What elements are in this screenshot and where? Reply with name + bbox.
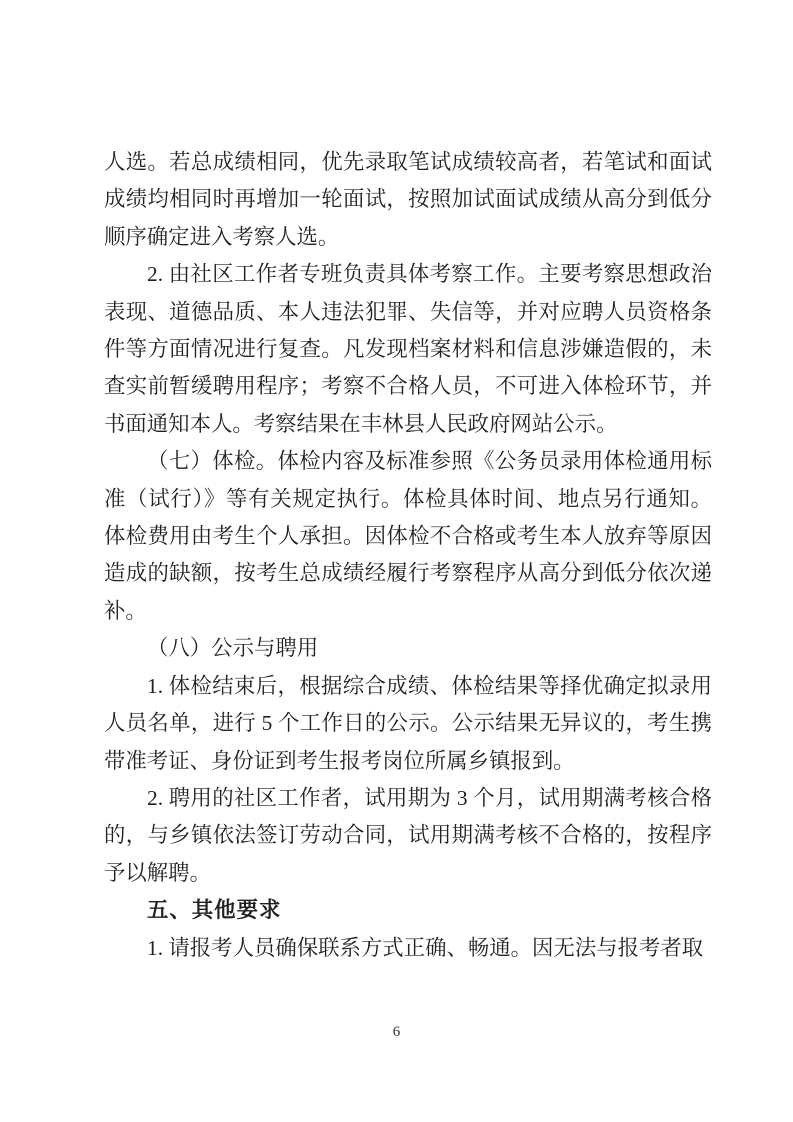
paragraph-inspection-item-2: 2. 由社区工作者专班负责具体考察工作。主要考察思想政治表现、道德品质、本人违法… xyxy=(104,256,712,443)
paragraph-publicity-item-1: 1. 体检结束后，根据综合成绩、体检结果等择优确定拟录用人员名单，进行 5 个工… xyxy=(104,668,712,780)
section-heading-5-other-requirements: 五、其他要求 xyxy=(104,892,712,929)
paragraph-other-requirements-item-1: 1. 请报考人员确保联系方式正确、畅通。因无法与报考者取 xyxy=(104,930,712,967)
paragraph-employment-item-2: 2. 聘用的社区工作者，试用期为 3 个月，试用期满考核合格的，与乡镇依法签订劳… xyxy=(104,780,712,892)
paragraph-selection-rule-continuation: 人选。若总成绩相同，优先录取笔试成绩较高者，若笔试和面试成绩均相同时再增加一轮面… xyxy=(104,144,712,256)
page-number: 6 xyxy=(0,1022,793,1042)
paragraph-section-7-physical-exam: （七）体检。体检内容及标准参照《公务员录用体检通用标准（试行）》等有关规定执行。… xyxy=(104,443,712,630)
document-body: 人选。若总成绩相同，优先录取笔试成绩较高者，若笔试和面试成绩均相同时再增加一轮面… xyxy=(104,144,712,967)
document-page: 人选。若总成绩相同，优先录取笔试成绩较高者，若笔试和面试成绩均相同时再增加一轮面… xyxy=(0,0,793,1122)
section-heading-8-publicity-and-employment: （八）公示与聘用 xyxy=(104,630,712,667)
